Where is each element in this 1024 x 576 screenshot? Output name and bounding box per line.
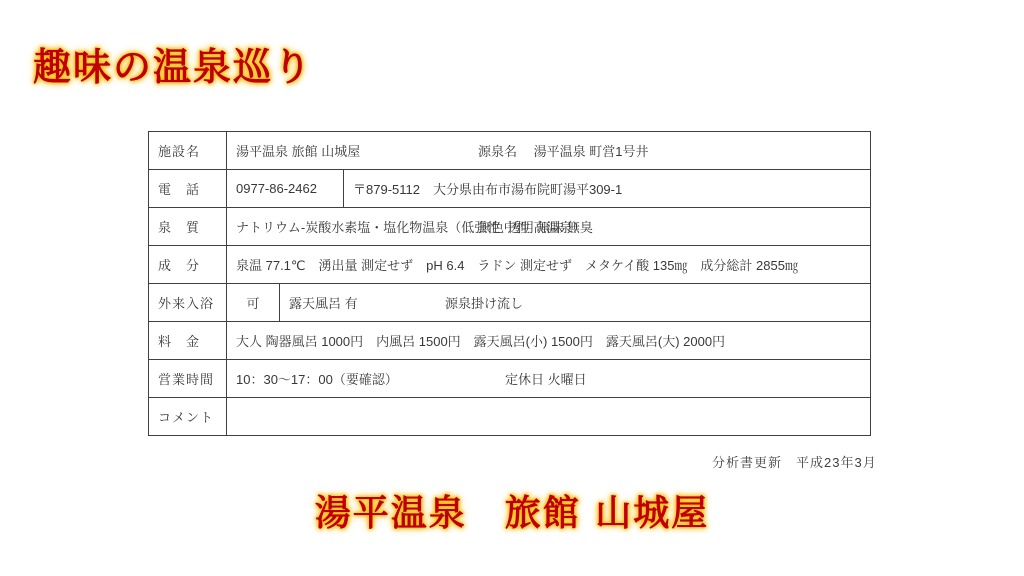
facility-cell: 湯平温泉 旅館 山城屋 源泉名 湯平温泉 町営1号井 [227, 131, 871, 170]
open-air-bath: 露天風呂 有 [289, 293, 358, 312]
quality-cell: ナトリウム-炭酸水素塩・塩化物温泉（低張性 中性 高温泉） 無色 透明 無味 無… [227, 207, 871, 246]
address: 〒879-5112 大分県由布市湯布院町湯平309-1 [344, 169, 871, 208]
page-title: 趣味の温泉巡り [33, 36, 313, 91]
source-label: 源泉名 [478, 144, 517, 159]
quality-label: 泉 質 [148, 207, 227, 246]
phone-label: 電 話 [148, 169, 227, 208]
source-group: 源泉名 湯平温泉 町営1号井 [478, 141, 648, 160]
hours-cell: 10：30～17：00（要確認） 定休日 火曜日 [227, 359, 871, 398]
analysis-update-note: 分析書更新 平成23年3月 [712, 452, 877, 471]
slide: 趣味の温泉巡り 施設名 湯平温泉 旅館 山城屋 源泉名 湯平温泉 町営1号井 電… [0, 0, 1024, 576]
comment-value [227, 397, 871, 436]
table-row-price: 料 金 大人 陶器風呂 1000円 内風呂 1500円 露天風呂(小) 1500… [148, 321, 871, 360]
price-label: 料 金 [148, 321, 227, 360]
table-row-hours: 営業時間 10：30～17：00（要確認） 定休日 火曜日 [148, 359, 871, 398]
components-value: 泉温 77.1℃ 湧出量 測定せず pH 6.4 ラドン 測定せず メタケイ酸 … [227, 245, 871, 284]
table-row-comment: コメント [148, 397, 871, 436]
day-visit-cell: 露天風呂 有 源泉掛け流し [280, 283, 871, 322]
onsen-info-table: 施設名 湯平温泉 旅館 山城屋 源泉名 湯平温泉 町営1号井 電 話 0977-… [148, 131, 871, 436]
facility-label: 施設名 [148, 131, 227, 170]
ryokan-name-title: 湯平温泉 旅館 山城屋 [0, 485, 1024, 536]
hours-time: 10：30～17：00（要確認） [236, 369, 398, 388]
spring-appearance: 無色 透明 無味 無臭 [478, 217, 593, 236]
day-visit-allowed: 可 [227, 283, 280, 322]
table-row-phone: 電 話 0977-86-2462 〒879-5112 大分県由布市湯布院町湯平3… [148, 169, 871, 208]
price-value: 大人 陶器風呂 1000円 内風呂 1500円 露天風呂(小) 1500円 露天… [227, 321, 871, 360]
table-row-facility: 施設名 湯平温泉 旅館 山城屋 源泉名 湯平温泉 町営1号井 [148, 131, 871, 170]
table-row-day-visit: 外来入浴 可 露天風呂 有 源泉掛け流し [148, 283, 871, 322]
phone-number: 0977-86-2462 [227, 169, 344, 208]
closed-day: 定休日 火曜日 [505, 369, 587, 388]
flow-type: 源泉掛け流し [445, 293, 523, 312]
facility-name: 湯平温泉 旅館 山城屋 [236, 141, 360, 160]
components-label: 成 分 [148, 245, 227, 284]
hours-label: 営業時間 [148, 359, 227, 398]
table-row-components: 成 分 泉温 77.1℃ 湧出量 測定せず pH 6.4 ラドン 測定せず メタ… [148, 245, 871, 284]
comment-label: コメント [148, 397, 227, 436]
table-row-quality: 泉 質 ナトリウム-炭酸水素塩・塩化物温泉（低張性 中性 高温泉） 無色 透明 … [148, 207, 871, 246]
day-visit-label: 外来入浴 [148, 283, 227, 322]
source-value: 湯平温泉 町営1号井 [534, 144, 649, 159]
